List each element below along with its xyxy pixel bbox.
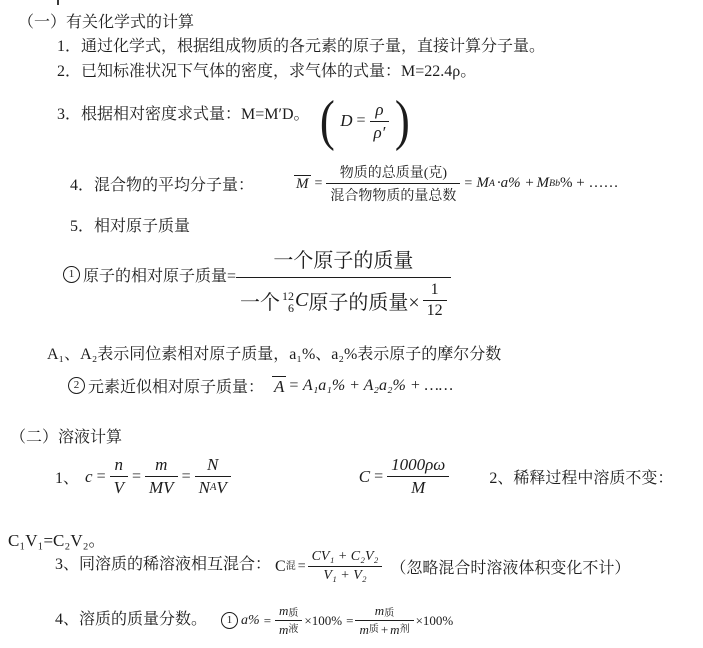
fraction-numerator: 物质的总质量(克) [326,162,460,184]
var-c: c [85,467,93,487]
var-m: m [390,622,399,638]
var-MA: M [476,175,489,192]
fraction-denominator: V₁ + V₂ [308,567,383,584]
section1-sub1: 1 原子的相对原子质量= 一个原子的质量 一个 12 6 C 原子的质量× 1 … [63,244,451,320]
fraction-denominator: V [110,477,128,498]
section2-item4: 4、溶质的质量分数。 1 a% = m质 m液 ×100% = m质 m质+m剂… [55,603,455,638]
plus-sign: + [381,622,388,638]
equals-sign: = [464,176,472,192]
item1-label: 1、 [55,465,79,488]
item4-label: 4、溶质的质量分数。 [55,606,207,629]
fraction-numerator: m质 [275,603,302,621]
var-m: m [375,603,384,619]
var-a-percent: a% [241,613,260,629]
fraction-N-over-NAV: N NAV [195,455,231,498]
var-m: m [279,622,288,638]
subscript-solvent: 剂 [400,625,410,635]
subscript-solute: 质 [384,609,394,619]
sub2-label: 元素近似相对原子质量： [88,374,264,397]
section2-item3: 3、同溶质的稀溶液相互混合： C混 = CV₁ + C₂V₂ V₁ + V₂ （… [55,549,630,584]
var-N: N [199,478,210,498]
isotope-notation: 12 6 [282,290,294,314]
equals-sign: = [315,176,323,192]
fraction-numerator: n [110,455,128,477]
var-D: D [340,111,352,131]
fraction-denominator: 一个 12 6 C 原子的质量× 1 12 [236,278,451,320]
fraction-numerator: CV₁ + C₂V₂ [308,549,383,567]
subscript-solute: 质 [288,609,298,619]
equals-sign: = [97,468,106,486]
times-100-percent: ×100% [416,613,454,629]
fraction-rho-over-rho-prime: ρ ρ′ [370,100,390,143]
equals-sign: = [264,613,271,629]
fraction-numerator: ρ [370,100,390,122]
term-a-percent: ·a% + [497,175,535,192]
fraction-n-over-V: n V [110,455,128,498]
atomic-number: 6 [282,302,294,314]
var-MB: M [537,175,550,192]
circled-one-icon: 1 [221,612,238,629]
item3-label: 3、同溶质的稀溶液相互混合： [55,551,271,574]
fraction-numerator: 一个原子的质量 [236,244,451,278]
sub1-label: 原子的相对原子质量= [83,263,236,286]
item2-label: 2、稀释过程中溶质不变： [489,465,673,488]
subscript-solute: 质 [369,625,379,635]
big-left-paren: ( [319,96,334,146]
isotope-note: A₁、A₂表示同位素相对原子质量，a₁%、a₂%表示原子的摩尔分数 [47,341,501,364]
fraction-denominator: ρ′ [370,122,390,143]
var-C: C [359,467,370,487]
fraction-denominator: m液 [275,621,302,638]
times-100-percent: ×100% [304,613,342,629]
var-MA-subscript: A [489,179,495,189]
var-m: m [359,622,368,638]
circled-one-icon: 1 [63,266,80,283]
subscript-solution: 液 [288,625,298,635]
fraction-denominator: NAV [195,477,231,498]
dilution-equation: C₁V₁=C₂V₂。 [8,526,106,551]
fraction-mass-over-moles: 物质的总质量(克) 混合物物质的量总数 [326,162,460,205]
var-V: V [216,478,226,498]
equals-sign: = [298,559,306,575]
section1-item4: 4．混合物的平均分子量： M = 物质的总质量(克) 混合物物质的量总数 = M… [70,162,619,205]
section2-heading: （二）溶液计算 [10,424,122,447]
section1-sub2: 2 元素近似相对原子质量： A = A₁a₁% + A₂a₂% + …… [68,374,455,397]
element-C: C [295,289,308,312]
equals-sign: = [182,468,191,486]
section2-item1: 1、 c = n V = m MV = N NAV C = 1000ρω M 2… [55,455,673,498]
fraction-mixing: CV₁ + C₂V₂ V₁ + V₂ [308,549,383,584]
fraction-denominator: 混合物物质的量总数 [326,184,460,205]
section1-item1: 1．通过化学式，根据组成物质的各元素的原子量，直接计算分子量。 [57,33,545,56]
section1-heading: （一）有关化学式的计算 [18,9,194,32]
equals-sign: = [132,468,141,486]
equals-sign: = [356,112,365,130]
den-middle: 原子的质量× [308,286,419,315]
fraction-1000rhoomega-over-M: 1000ρω M [387,455,449,498]
sub2-formula: = A₁a₁% + A₂a₂% + …… [288,377,453,395]
fraction-one-twelfth: 1 12 [423,281,447,320]
var-m: m [279,603,288,619]
var-A-bar: A [272,376,286,396]
item3-note: （忽略混合时溶液体积变化不计） [390,555,630,578]
fraction-numerator: 1000ρω [387,455,449,477]
fraction-denominator: MV [145,477,178,498]
section1-item5: 5．相对原子质量 [70,213,190,236]
document-page: （一）有关化学式的计算 1．通过化学式，根据组成物质的各元素的原子量，直接计算分… [0,0,703,648]
var-M-bar: M [294,175,311,193]
item4-label: 4．混合物的平均分子量： [70,172,254,195]
fraction-solute-over-solution: m质 m液 [275,603,302,638]
den-prefix: 一个 [240,286,280,315]
cropped-character-fragment [57,0,59,5]
circled-two-icon: 2 [68,377,85,394]
fraction-denominator: 12 [423,301,447,320]
section1-item3: 3．根据相对密度求式量：M=M′D。 ( D = ρ ρ′ ) [57,96,412,146]
fraction-numerator: m [145,455,178,477]
var-C-mix: C [275,558,286,576]
fraction-numerator: 1 [423,281,447,301]
var-MB-subscript: Bb [549,179,560,189]
fraction-denominator: M [387,477,449,498]
fraction-numerator: N [195,455,231,477]
fraction-atom-mass: 一个原子的质量 一个 12 6 C 原子的质量× 1 12 [236,244,451,320]
fraction-solute-over-solute-plus-solvent: m质 m质+m剂 [355,603,413,638]
fraction-denominator: m质+m剂 [355,621,413,638]
big-right-paren: ) [395,96,410,146]
section1-item2: 2．已知标准状况下气体的密度，求气体的式量：M=22.4ρ。 [57,58,476,81]
fraction-numerator: m质 [355,603,413,621]
equals-sign: = [374,468,383,486]
fraction-m-over-MV: m MV [145,455,178,498]
equals-sign: = [346,613,353,629]
var-C-mix-subscript: 混 [286,562,296,572]
term-tail-ellipsis: % + …… [560,175,618,192]
item3-label: 3．根据相对密度求式量：M=M′D。 [57,101,310,124]
